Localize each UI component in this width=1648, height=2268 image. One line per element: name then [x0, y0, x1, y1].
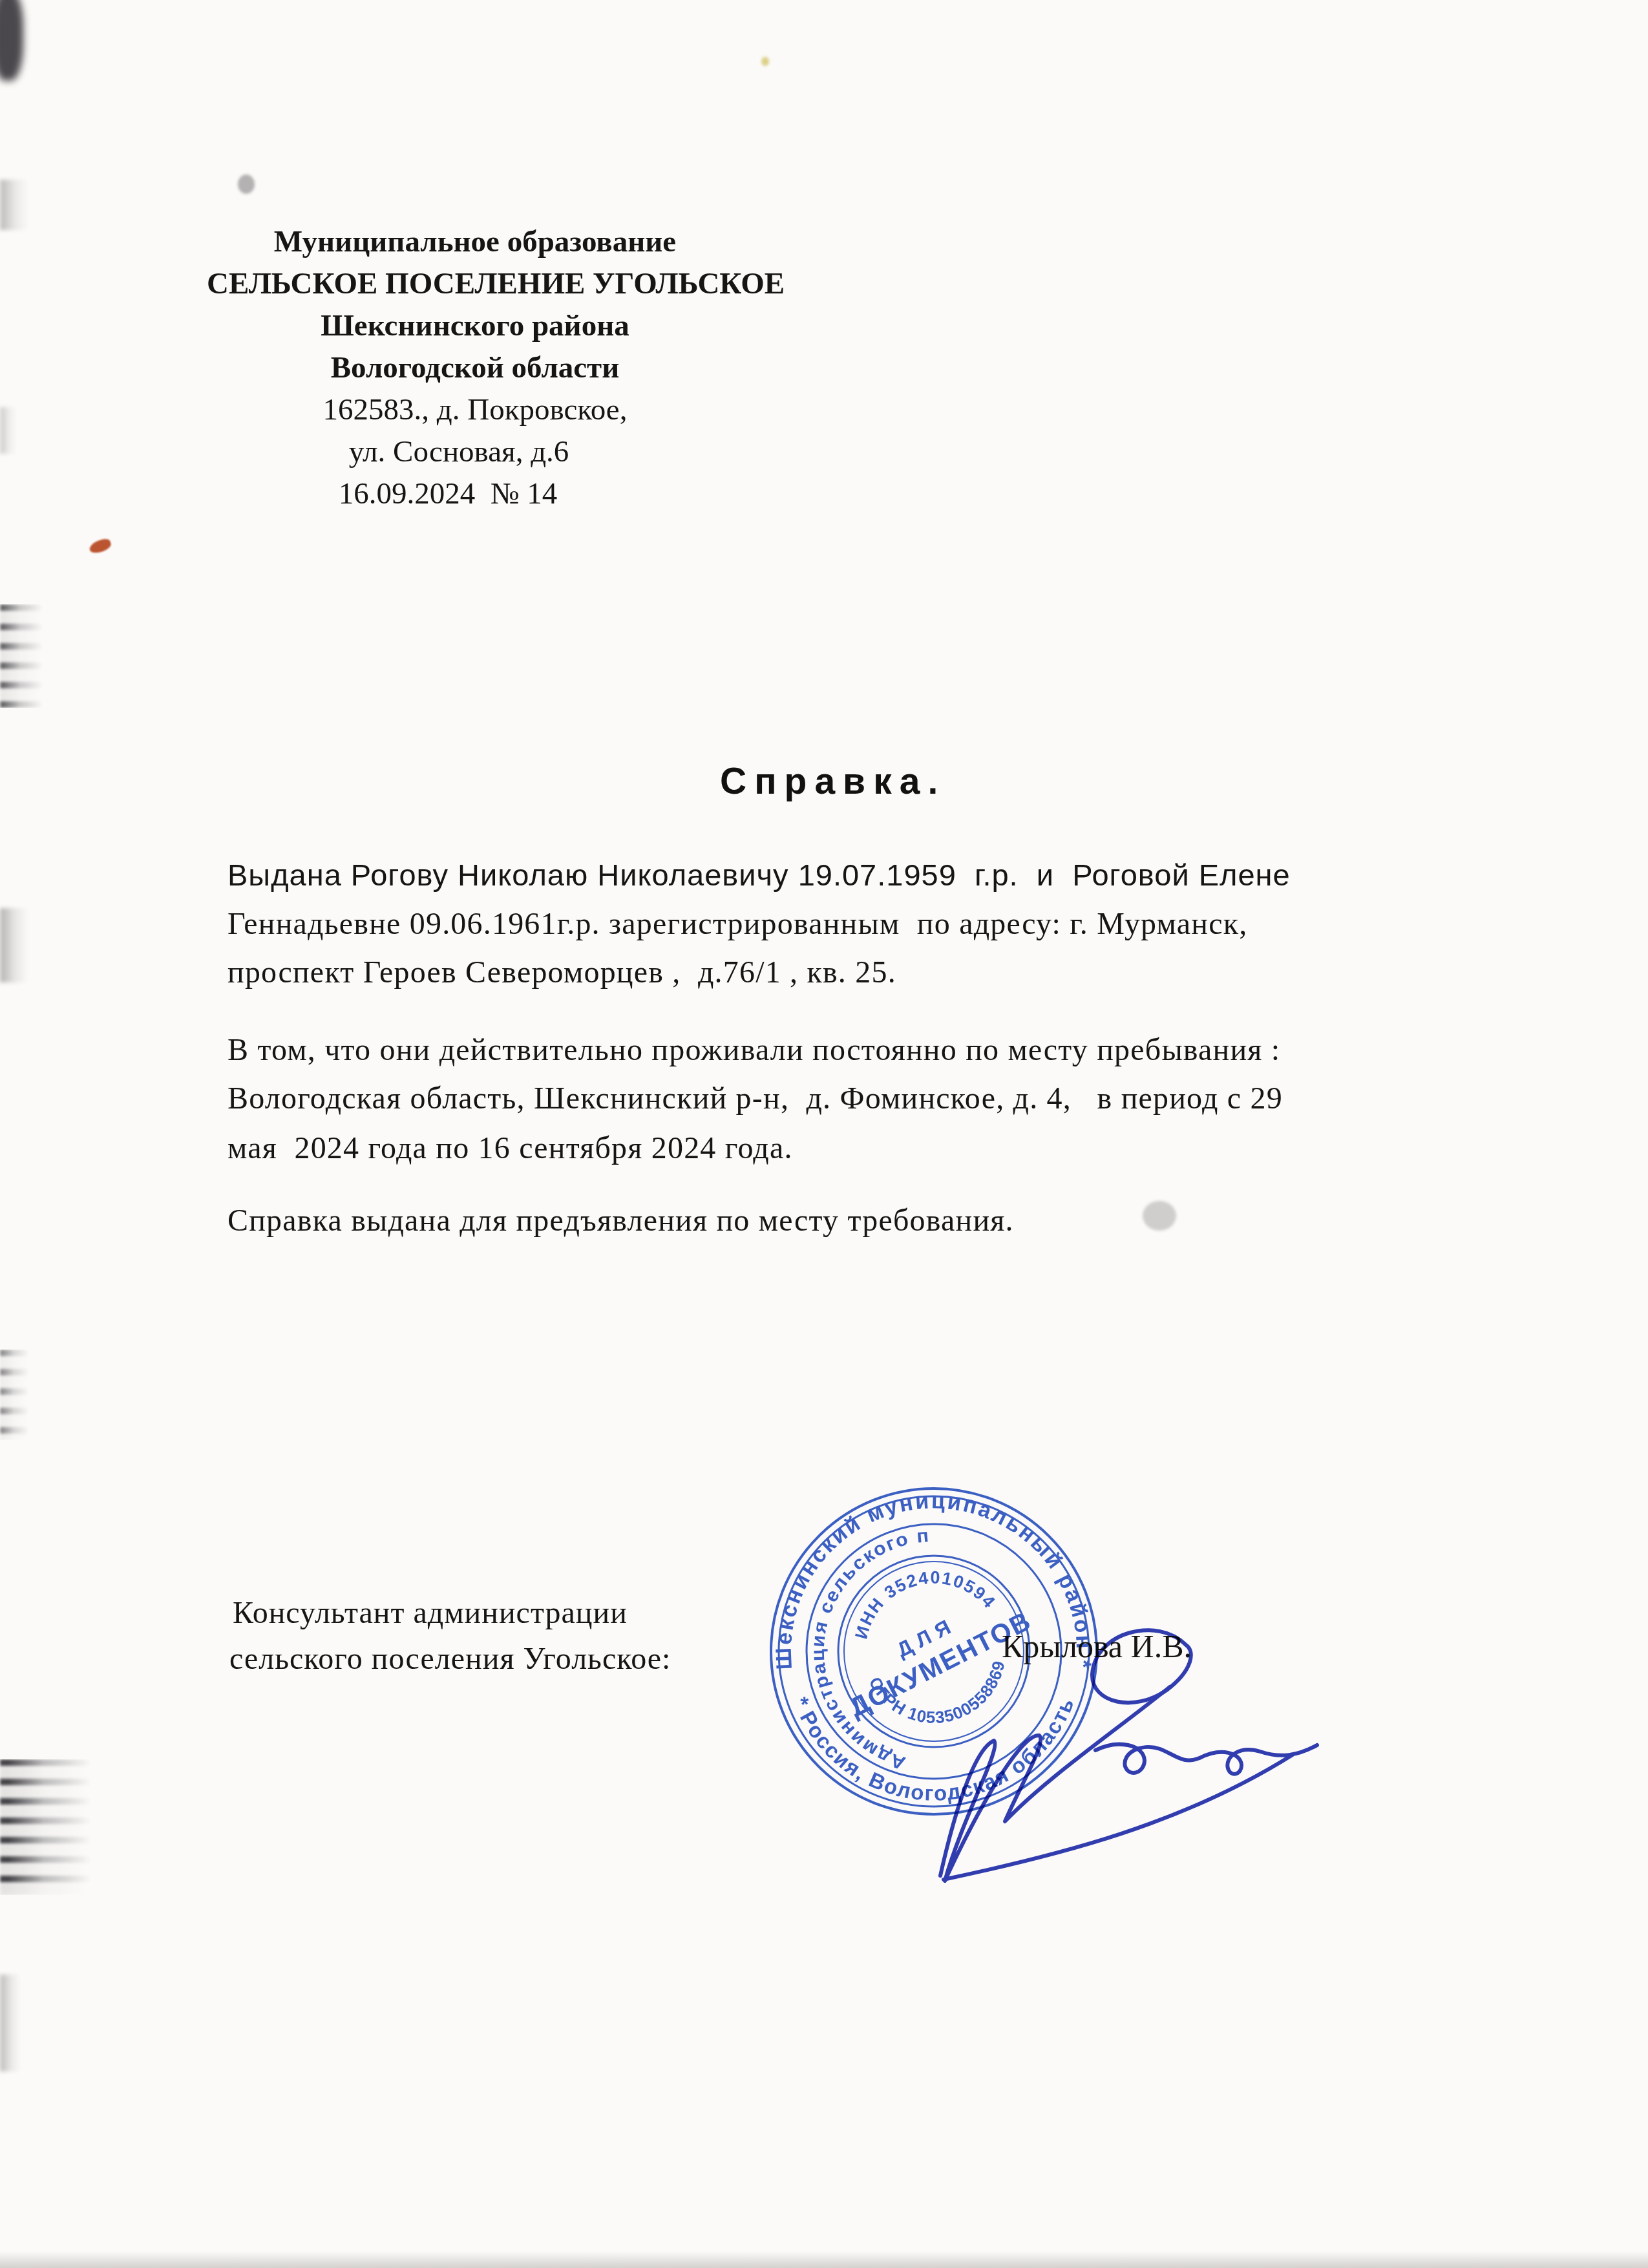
- scan-artifact-left-edge: [0, 1759, 97, 1895]
- org-address-line-1: 162583., д. Покровское,: [207, 389, 743, 431]
- letterhead: Муниципальное образование СЕЛЬСКОЕ ПОСЕЛ…: [207, 221, 743, 515]
- scan-artifact-left-edge: [0, 180, 34, 230]
- signature-role-line-1: Консультант администрации: [233, 1595, 628, 1631]
- scan-artifact-left-edge: [0, 604, 45, 708]
- body-line: проспект Героев Североморцев , д.76/1 , …: [227, 955, 896, 990]
- signature-stroke: [944, 1755, 1293, 1880]
- scan-artifact-left-edge: [0, 1975, 25, 2072]
- scan-artifact-left-edge: [0, 908, 34, 982]
- org-name-line-3: Шекснинского района: [207, 305, 743, 347]
- scan-artifact-bottom-shade: [0, 2251, 1648, 2268]
- body-line: мая 2024 года по 16 сентября 2024 года.: [227, 1130, 793, 1166]
- scan-artifact-speck: [761, 57, 769, 66]
- body-line: Выдана Рогову Николаю Николаевичу 19.07.…: [227, 857, 1291, 893]
- scan-artifact-left-edge: [0, 407, 19, 454]
- body-line: Вологодская область, Шекснинский р-н, д.…: [227, 1081, 1283, 1116]
- org-address-line-2: ул. Сосновая, д.6: [191, 431, 727, 473]
- scan-artifact-corner: [0, 0, 23, 81]
- signature-stroke: [1092, 1630, 1191, 1702]
- body-line: Геннадьевне 09.06.1961г.р. зарегистриров…: [227, 906, 1247, 942]
- scan-artifact-speck: [1143, 1201, 1176, 1231]
- body-line: В том, что они действительно проживали п…: [227, 1032, 1280, 1068]
- handwritten-signature: [808, 1584, 1325, 1926]
- scanned-certificate-page: Муниципальное образование СЕЛЬСКОЕ ПОСЕЛ…: [0, 0, 1648, 2268]
- org-name-line-4: Вологодской области: [207, 347, 743, 389]
- scan-artifact-left-edge: [0, 1350, 31, 1440]
- org-name-line-2: СЕЛЬСКОЕ ПОСЕЛЕНИЕ УГОЛЬСКОЕ: [207, 263, 743, 305]
- scan-artifact-red-mark: [88, 537, 112, 555]
- body-line: Справка выдана для предъявления по месту…: [227, 1203, 1014, 1238]
- org-name-line-1: Муниципальное образование: [207, 221, 743, 263]
- signature-role-line-2: сельского поселения Угольское:: [229, 1641, 671, 1677]
- doc-title: Справка.: [720, 760, 945, 803]
- doc-date-number: 16.09.2024 № 14: [180, 473, 716, 515]
- scan-artifact-speck: [238, 175, 255, 194]
